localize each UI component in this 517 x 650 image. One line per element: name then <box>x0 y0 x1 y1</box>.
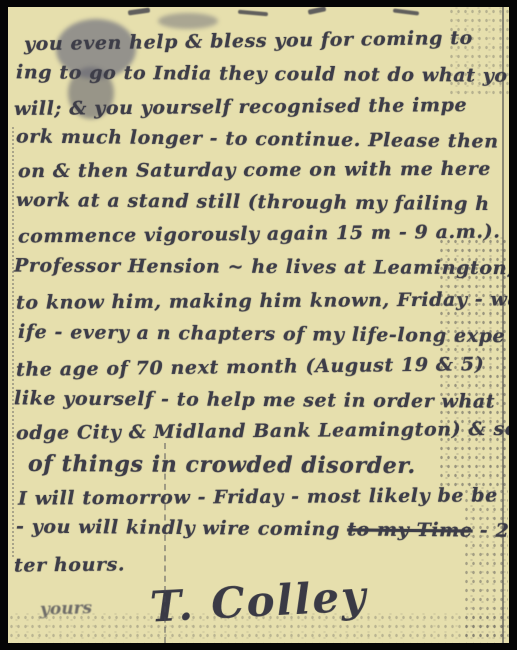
scan-noise <box>438 237 508 487</box>
scan-noise <box>448 7 509 97</box>
paper-left-crease <box>12 127 14 557</box>
letter-line-12: like yourself - to help me set in order … <box>14 387 495 412</box>
ink-fragment <box>393 8 419 15</box>
letter-line-15: I will tomorrow - Friday - most likely b… <box>18 484 498 509</box>
letter-line-17: ter hours. <box>14 553 125 576</box>
letter-line-16: - you will kindly wire coming to my Time… <box>16 516 509 543</box>
wire-line-struck: to my Time <box>347 518 473 541</box>
letter-line-3: will; & you yourself recognised the impe <box>14 94 467 120</box>
letter-line-11: the age of 70 next month (August 19 & 5) <box>16 353 485 381</box>
letter-line-14: of things in crowded disorder. <box>28 451 416 479</box>
letter-line-8: Professor Hension ~ he lives at Leamingt… <box>14 255 509 280</box>
ink-fragment <box>128 7 150 15</box>
ink-fragment <box>308 7 327 15</box>
letter-line-6: work at a stand still (through my failin… <box>16 189 490 215</box>
letter-line-4: ork much longer - to continue. Please th… <box>16 125 499 152</box>
letter-line-2: ing to go to India they could not do wha… <box>16 61 508 86</box>
letter-line-5: on & then Saturday come on with me here <box>18 158 491 182</box>
letter-line-7: commence vigorously again 15 m - 9 a.m.)… <box>18 220 501 247</box>
letter-line-9: to know him, making him known, Friday - … <box>16 288 509 314</box>
ink-smudge <box>158 13 218 29</box>
scan-noise <box>8 613 509 643</box>
wire-line-pre: - you will kindly wire coming <box>16 516 347 541</box>
scanned-letter: you even help & bless you for coming to … <box>0 0 517 650</box>
letter-paper: you even help & bless you for coming to … <box>8 7 509 643</box>
letter-line-13: odge City & Midland Bank Leamington) & s… <box>16 418 509 444</box>
letter-line-10: ife - every a n chapters of my life-long… <box>18 321 505 347</box>
ink-fragment <box>238 10 268 17</box>
